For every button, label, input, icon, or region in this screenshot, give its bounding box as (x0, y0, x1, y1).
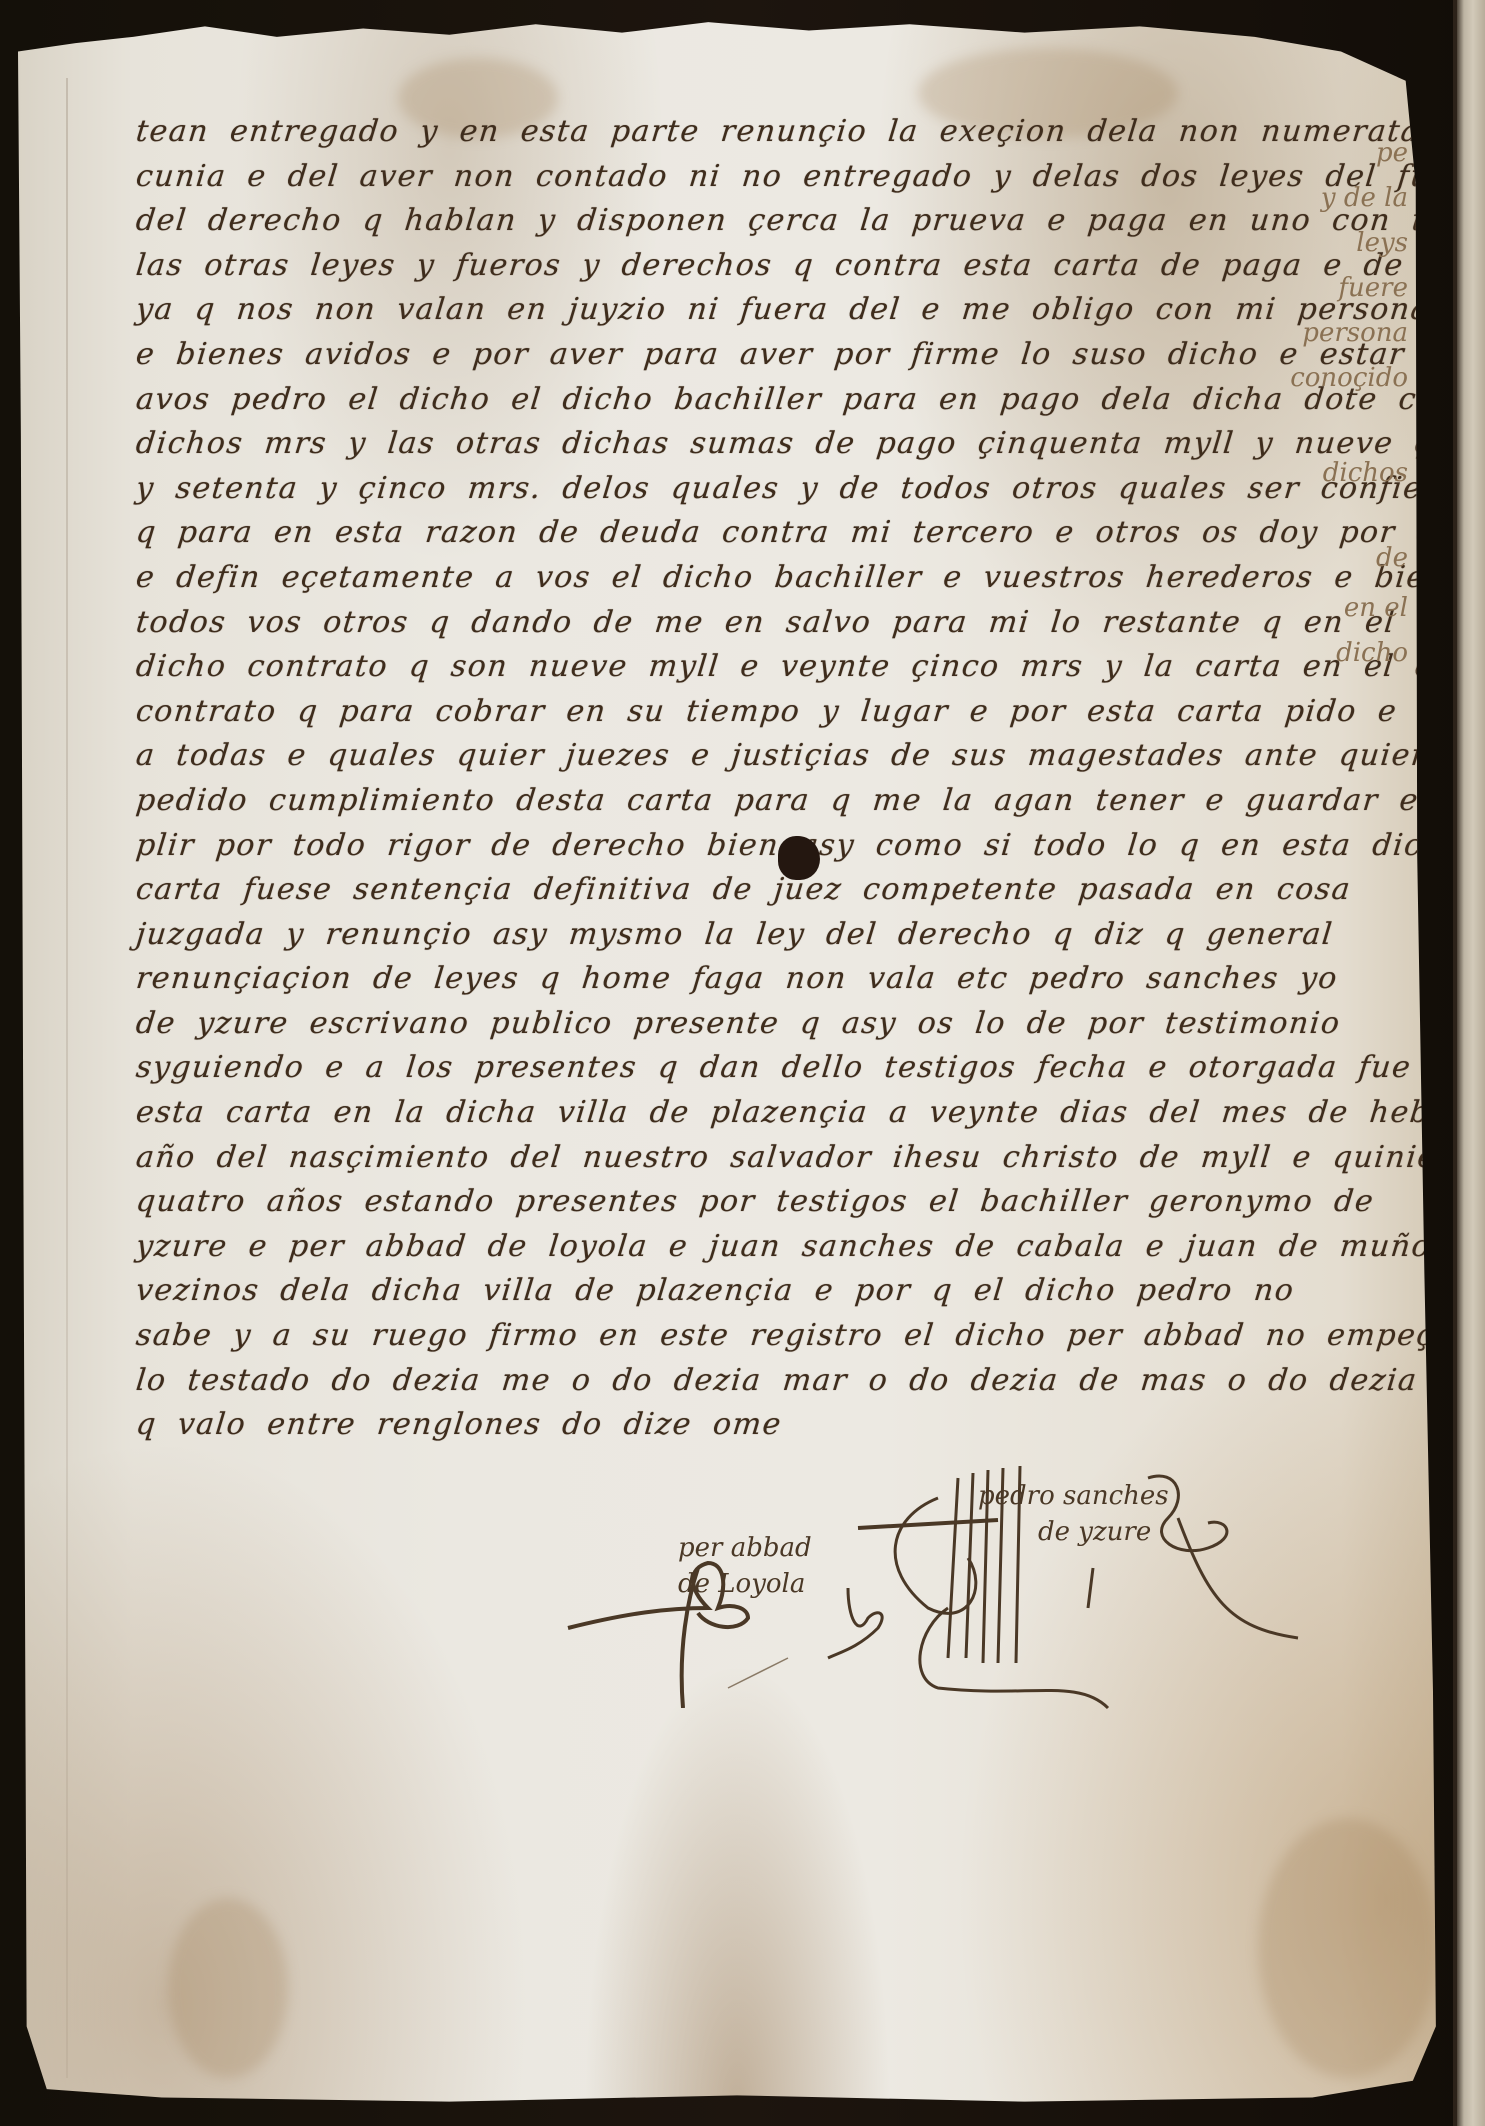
marginal-note: dichos (1323, 458, 1408, 488)
text-line: año del nasçimiento del nuestro salvador… (134, 1136, 1449, 1181)
binding-fold (1453, 0, 1457, 2126)
text-line: tean entregado y en esta parte renunçio … (134, 110, 1449, 155)
text-line: q para en esta razon de deuda contra mi … (134, 511, 1449, 556)
marginal-note: leys (1356, 228, 1408, 258)
water-stain (168, 1898, 288, 2078)
text-line: a todas e quales quier juezes e justiçia… (134, 734, 1449, 779)
text-line: syguiendo e a los presentes q dan dello … (134, 1046, 1449, 1091)
text-line: dicho contrato q son nueve myll e veynte… (134, 645, 1449, 690)
margin-fold-line (66, 78, 68, 2078)
text-line: de yzure escrivano publico presente q as… (134, 1002, 1449, 1047)
text-line: todos vos otros q dando de me en salvo p… (134, 601, 1449, 646)
manuscript-leaf: tean entregado y en esta parte renunçio … (18, 18, 1456, 2110)
text-line: pedido cumplimiento desta carta para q m… (134, 779, 1449, 824)
text-line: yzure e per abbad de loyola e juan sanch… (134, 1225, 1449, 1270)
text-line: e defin eçetamente a vos el dicho bachil… (134, 556, 1449, 601)
water-stain (1258, 1818, 1438, 2078)
manuscript-text: tean entregado y en esta parte renunçio … (136, 110, 1446, 1448)
ink-blot (778, 836, 820, 880)
text-line: q valo entre renglones do dize ome (134, 1403, 1449, 1448)
text-line: sabe y a su ruego firmo en este registro… (134, 1314, 1449, 1359)
text-line: quatro años estando presentes por testig… (134, 1180, 1449, 1225)
text-line: del derecho q hablan y disponen çerca la… (134, 199, 1449, 244)
text-line: ya q nos non valan en juyzio ni fuera de… (134, 288, 1449, 333)
marginal-note: fuere (1338, 273, 1408, 303)
text-line: esta carta en la dicha villa de plazençi… (134, 1091, 1449, 1136)
marginal-note: y de la (1321, 183, 1408, 213)
marginal-note: conoçido (1290, 363, 1408, 393)
text-line: y setenta y çinco mrs. delos quales y de… (134, 467, 1449, 512)
text-line: e bienes avidos e por aver para aver por… (134, 333, 1449, 378)
signature-flourish-notary (848, 1458, 1308, 1718)
marginal-note: de (1376, 543, 1408, 573)
marginal-note: en el (1344, 593, 1408, 623)
marginal-note: persona (1302, 318, 1408, 348)
marginal-note: dicho (1336, 638, 1408, 668)
text-line: dichos mrs y las otras dichas sumas de p… (134, 422, 1449, 467)
text-line: avos pedro el dicho el dicho bachiller p… (134, 378, 1449, 423)
text-line: las otras leyes y fueros y derechos q co… (134, 244, 1449, 289)
text-line: lo testado do dezia me o do dezia mar o … (134, 1359, 1449, 1404)
text-line: renunçiaçion de leyes q home faga non va… (134, 957, 1449, 1002)
adjacent-page-edge (1455, 0, 1485, 2126)
text-line: vezinos dela dicha villa de plazençia e … (134, 1269, 1449, 1314)
marginal-note: pe (1376, 138, 1408, 168)
text-line: cunia e del aver non contado ni no entre… (134, 155, 1449, 200)
text-line: contrato q para cobrar en su tiempo y lu… (134, 690, 1449, 735)
text-line: juzgada y renunçio asy mysmo la ley del … (134, 913, 1449, 958)
